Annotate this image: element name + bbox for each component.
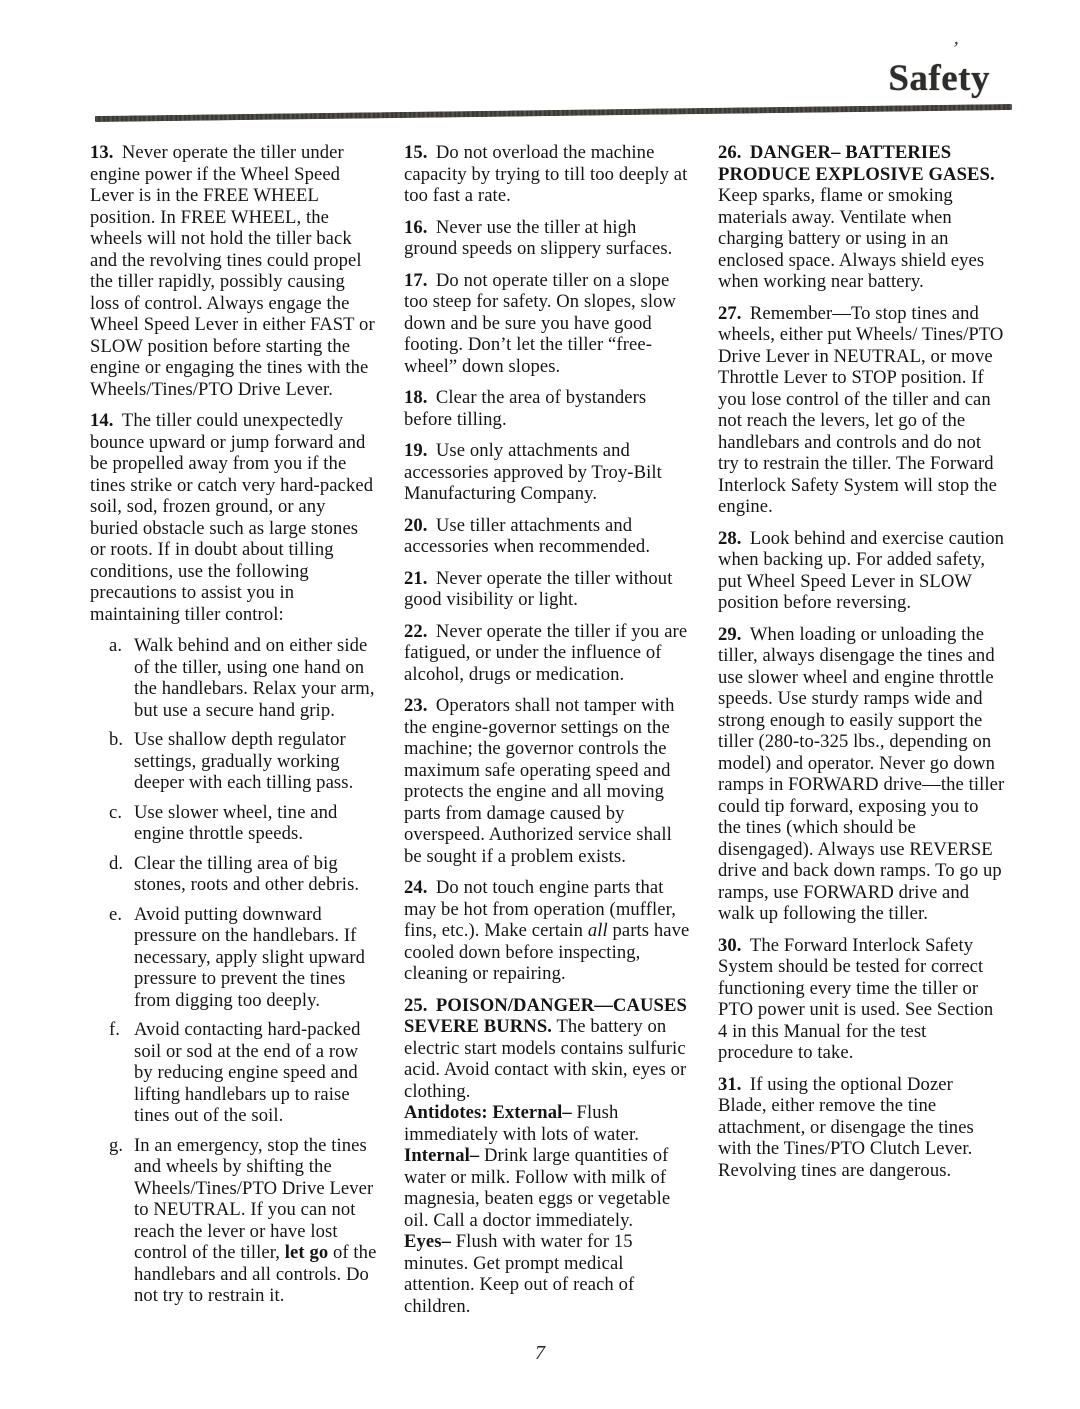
text-run: Never operate the tiller under engine po… bbox=[90, 142, 375, 400]
list-item: e.Avoid putting downward pressure on the… bbox=[90, 904, 378, 1012]
text-run: all bbox=[588, 920, 608, 941]
text-run: let go bbox=[285, 1242, 328, 1263]
text-run: Keep sparks, flame or smoking materials … bbox=[718, 185, 984, 292]
text-run: 24. bbox=[404, 877, 428, 898]
paragraph: 31.If using the optional Dozer Blade, ei… bbox=[718, 1074, 1006, 1182]
page-number: 7 bbox=[0, 1342, 1080, 1365]
list-item: b.Use shallow depth regulator settings, … bbox=[90, 729, 378, 794]
text-run: 31. bbox=[718, 1074, 742, 1095]
column-middle: 15.Do not overload the machine capacity … bbox=[404, 142, 692, 1327]
text-run: 19. bbox=[404, 440, 428, 461]
text-run: 18. bbox=[404, 387, 428, 408]
text-run: 30. bbox=[718, 935, 742, 956]
paragraph: 19.Use only attachments and accessories … bbox=[404, 440, 692, 505]
text-run: 13. bbox=[90, 142, 114, 163]
text-run: 28. bbox=[718, 528, 742, 549]
list-item-label: c. bbox=[109, 802, 134, 824]
text-run: 25. bbox=[404, 995, 428, 1016]
list-item: f.Avoid contacting hard-packed soil or s… bbox=[90, 1019, 378, 1127]
paragraph: 29.When loading or unloading the tiller,… bbox=[718, 624, 1006, 925]
text-run: Clear the area of bystanders before till… bbox=[404, 387, 646, 430]
text-run: 27. bbox=[718, 303, 742, 324]
list-item: c.Use slower wheel, tine and engine thro… bbox=[90, 802, 378, 845]
text-run: Look behind and exercise caution when ba… bbox=[718, 528, 1004, 614]
text-run: Use shallow depth regulator settings, gr… bbox=[134, 729, 353, 793]
text-run: Walk behind and on either side of the ti… bbox=[134, 635, 375, 721]
text-run: The Forward Interlock Safety System shou… bbox=[718, 935, 993, 1064]
text-run: Remember—To stop tines and wheels, eithe… bbox=[718, 303, 1003, 518]
text-run: Avoid putting downward pressure on the h… bbox=[134, 904, 365, 1011]
text-run: 14. bbox=[90, 410, 114, 431]
list-item-label: d. bbox=[109, 853, 134, 875]
content-columns: 13.Never operate the tiller under engine… bbox=[90, 142, 1006, 1327]
paragraph: 18.Clear the area of bystanders before t… bbox=[404, 387, 692, 430]
list-item-label: g. bbox=[109, 1135, 134, 1157]
text-run: 17. bbox=[404, 270, 428, 291]
text-run: Clear the tilling area of big stones, ro… bbox=[134, 853, 359, 896]
list-item: g.In an emergency, stop the tines and wh… bbox=[90, 1135, 378, 1307]
text-run: 15. bbox=[404, 142, 428, 163]
text-run: Internal– bbox=[404, 1145, 479, 1166]
text-run: Antidotes: External– bbox=[404, 1102, 572, 1123]
text-run: If using the optional Dozer Blade, eithe… bbox=[718, 1074, 974, 1181]
text-run: 23. bbox=[404, 695, 428, 716]
list-item-label: e. bbox=[109, 904, 134, 926]
paragraph: 23.Operators shall not tamper with the e… bbox=[404, 695, 692, 867]
header-divider bbox=[95, 104, 1012, 122]
paragraph: 14.The tiller could unexpectedly bounce … bbox=[90, 410, 378, 625]
text-run: Never operate the tiller if you are fati… bbox=[404, 621, 687, 685]
text-run: Use slower wheel, tine and engine thrott… bbox=[134, 802, 337, 845]
text-run: 29. bbox=[718, 624, 742, 645]
text-run: Do not overload the machine capacity by … bbox=[404, 142, 687, 206]
column-left: 13.Never operate the tiller under engine… bbox=[90, 142, 378, 1327]
text-run: 20. bbox=[404, 515, 428, 536]
column-right: 26.DANGER– BATTERIES PRODUCE EXPLOSIVE G… bbox=[718, 142, 1006, 1327]
text-run: When loading or unloading the tiller, al… bbox=[718, 624, 1004, 925]
paragraph: 27.Remember—To stop tines and wheels, ei… bbox=[718, 303, 1006, 518]
text-run: Avoid contacting hard-packed soil or sod… bbox=[134, 1019, 361, 1126]
text-run: 16. bbox=[404, 217, 428, 238]
paragraph: 13.Never operate the tiller under engine… bbox=[90, 142, 378, 400]
paragraph: 25.POISON/DANGER—CAUSES SEVERE BURNS. Th… bbox=[404, 995, 692, 1318]
text-run: Never use the tiller at high ground spee… bbox=[404, 217, 672, 260]
text-run: The tiller could unexpectedly bounce upw… bbox=[90, 410, 373, 625]
paragraph: 21.Never operate the tiller without good… bbox=[404, 568, 692, 611]
list-item: d.Clear the tilling area of big stones, … bbox=[90, 853, 378, 896]
text-run: Never operate the tiller without good vi… bbox=[404, 568, 672, 611]
text-run: DANGER– BATTERIES PRODUCE EXPLOSIVE GASE… bbox=[718, 142, 995, 185]
text-run: Use only attachments and accessories app… bbox=[404, 440, 662, 504]
text-run: Eyes– bbox=[404, 1231, 451, 1252]
text-run: Do not operate tiller on a slope too ste… bbox=[404, 270, 676, 377]
list-item: a.Walk behind and on either side of the … bbox=[90, 635, 378, 721]
paragraph: 24.Do not touch engine parts that may be… bbox=[404, 877, 692, 985]
paragraph: 16.Never use the tiller at high ground s… bbox=[404, 217, 692, 260]
paragraph: 28.Look behind and exercise caution when… bbox=[718, 528, 1006, 614]
list-item-label: b. bbox=[109, 729, 134, 751]
paragraph: 22.Never operate the tiller if you are f… bbox=[404, 621, 692, 686]
text-run: 22. bbox=[404, 621, 428, 642]
paragraph: 17.Do not operate tiller on a slope too … bbox=[404, 270, 692, 378]
paragraph: 30.The Forward Interlock Safety System s… bbox=[718, 935, 1006, 1064]
text-run: 26. bbox=[718, 142, 742, 163]
document-page: ’ Safety 13.Never operate the tiller und… bbox=[0, 0, 1080, 1409]
paragraph: 15.Do not overload the machine capacity … bbox=[404, 142, 692, 207]
paragraph: 26.DANGER– BATTERIES PRODUCE EXPLOSIVE G… bbox=[718, 142, 1006, 293]
text-run: 21. bbox=[404, 568, 428, 589]
text-run: Use tiller attachments and accessories w… bbox=[404, 515, 650, 558]
paragraph: 20.Use tiller attachments and accessorie… bbox=[404, 515, 692, 558]
list-item-label: a. bbox=[109, 635, 134, 657]
text-run: Operators shall not tamper with the engi… bbox=[404, 695, 674, 867]
page-title: Safety bbox=[888, 57, 990, 100]
list-item-label: f. bbox=[109, 1019, 134, 1041]
